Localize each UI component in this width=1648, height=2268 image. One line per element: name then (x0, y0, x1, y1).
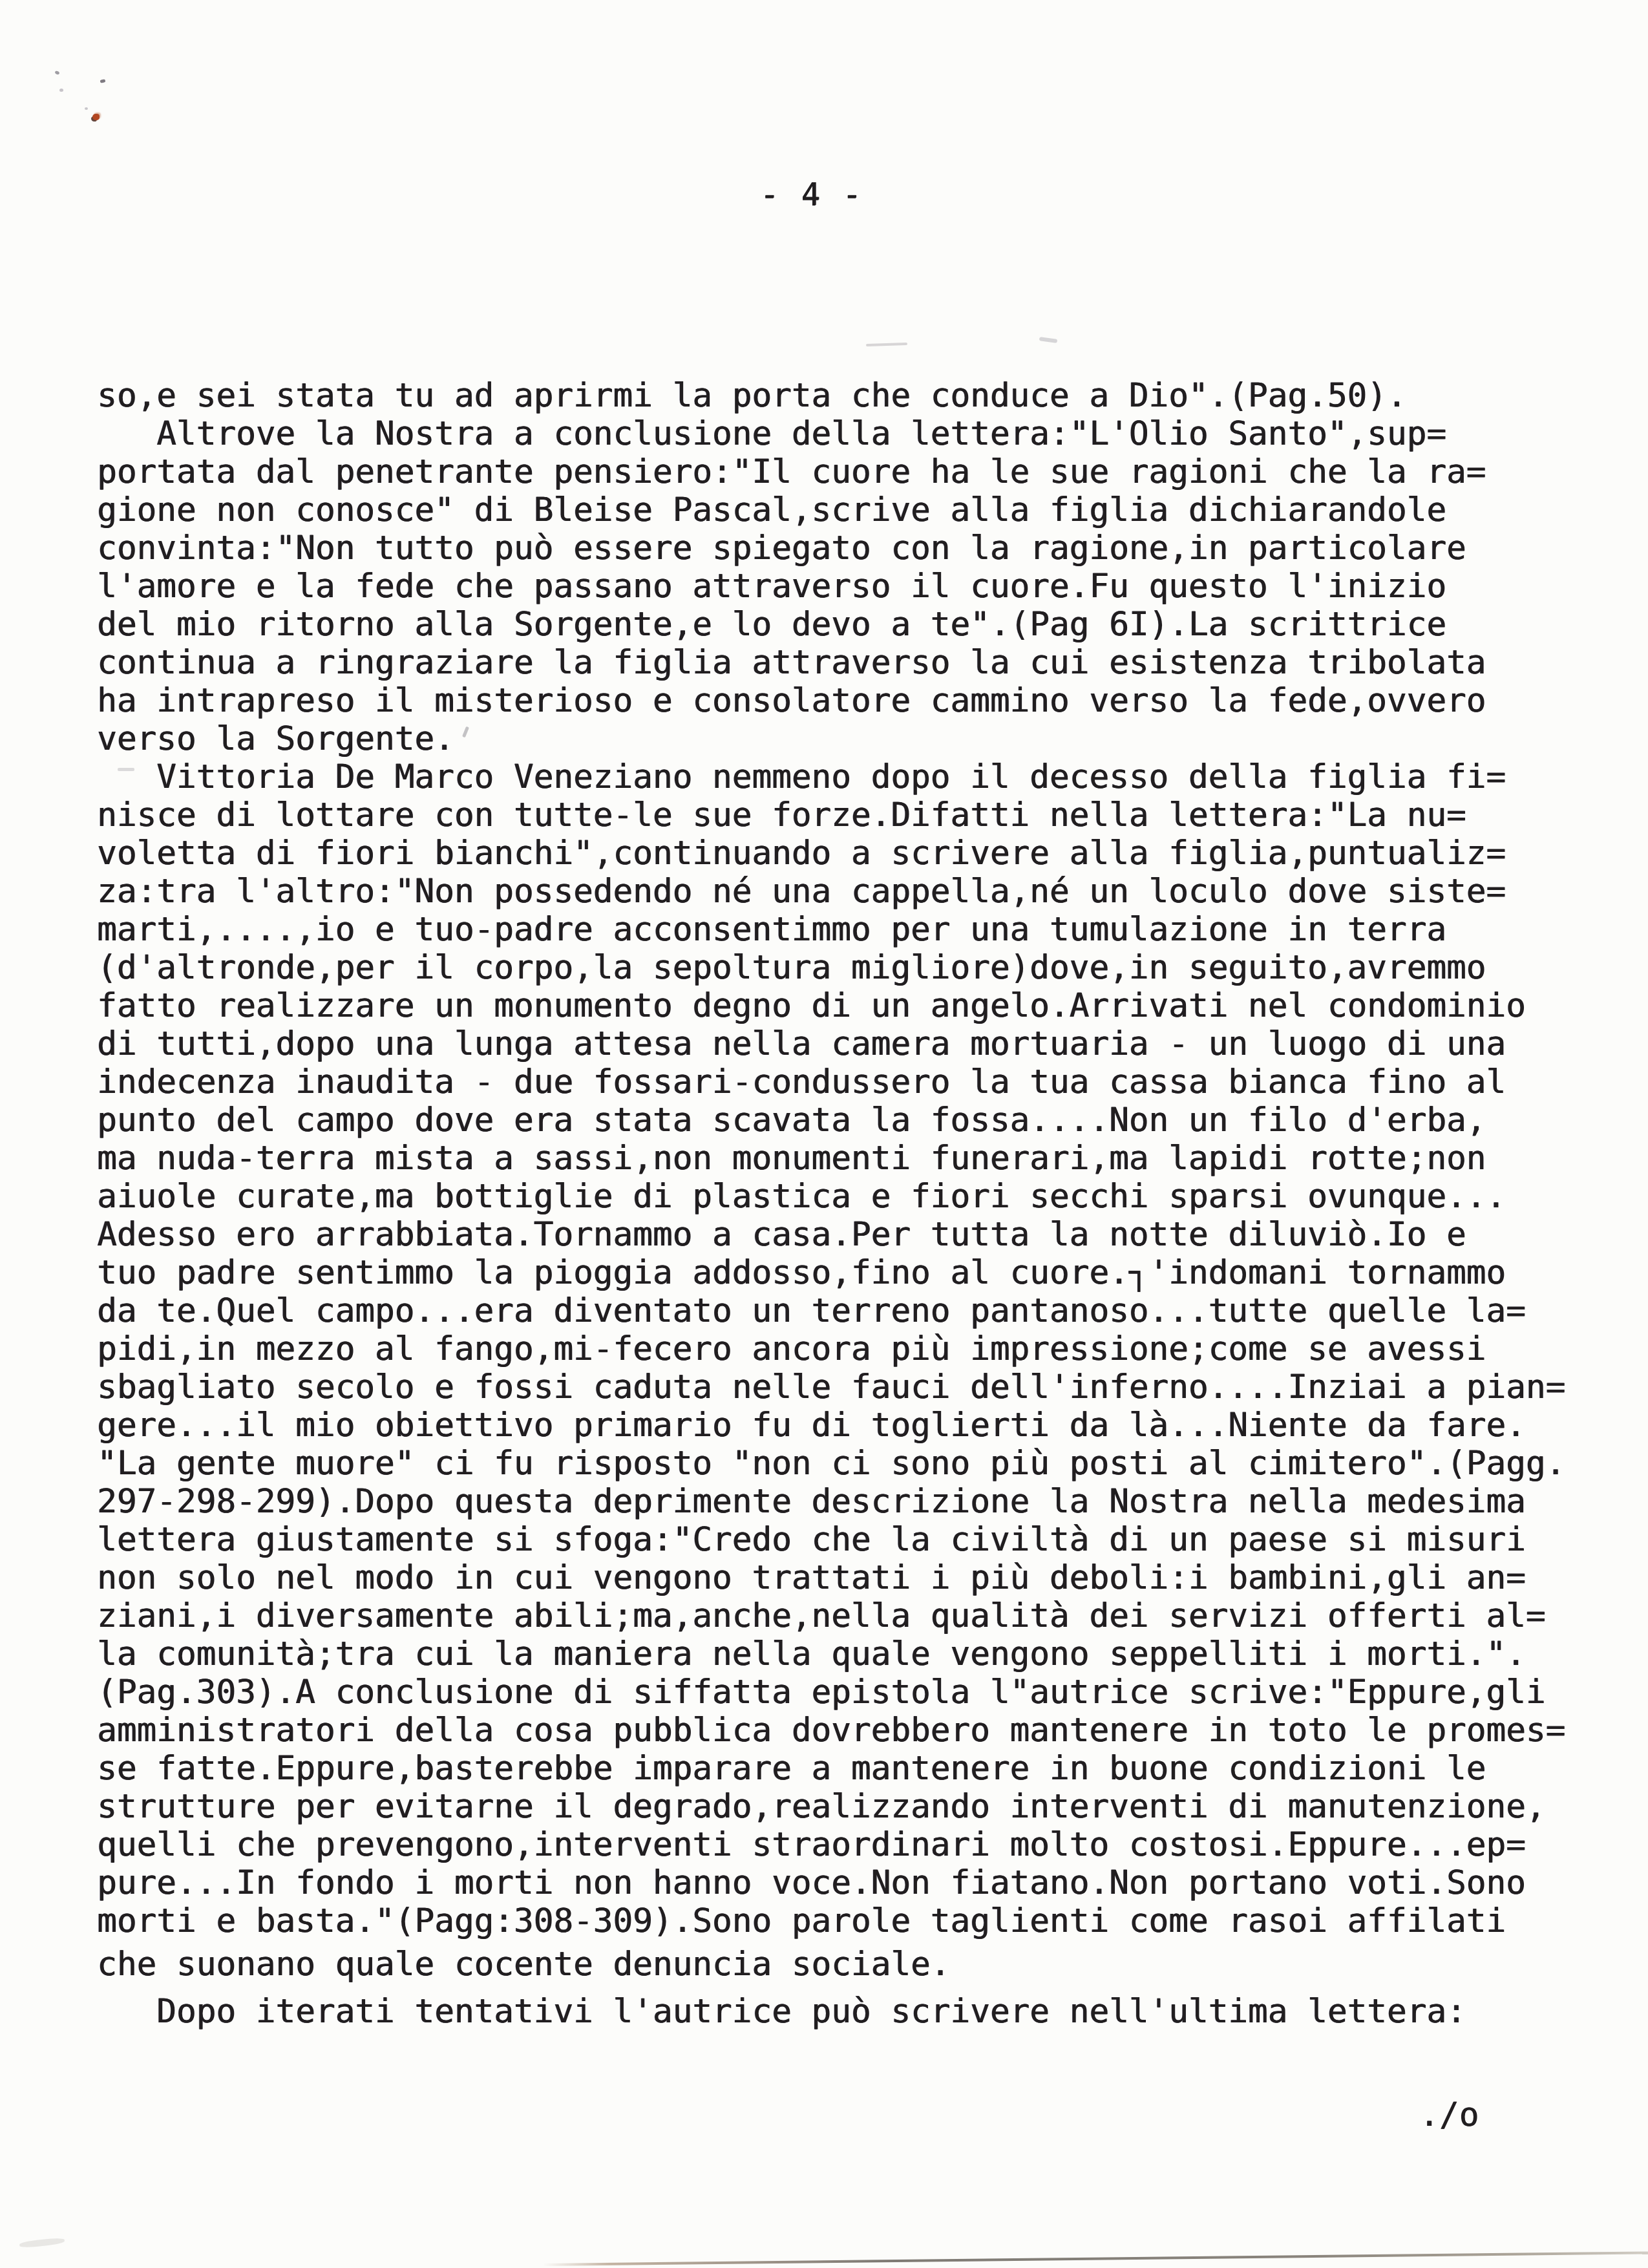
text-line: se fatte.Eppure,basterebbe imparare a ma… (97, 1750, 1565, 1788)
text-line: portata dal penetrante pensiero:"Il cuor… (97, 453, 1565, 491)
pencil-mark (866, 343, 907, 346)
text-line: di tutti,dopo una lunga attesa nella cam… (97, 1025, 1565, 1063)
text-line: da te.Quel campo...era diventato un terr… (97, 1292, 1565, 1330)
text-line: (Pag.303).A conclusione di siffatta epis… (97, 1673, 1565, 1712)
text-line: ziani,i diversamente abili;ma,anche,nell… (97, 1597, 1565, 1635)
text-line: aiuole curate,ma bottiglie di plastica e… (97, 1178, 1565, 1216)
text-line: nisce di lottare con tutte-le sue forze.… (97, 796, 1565, 834)
text-line: voletta di fiori bianchi",continuando a … (97, 834, 1565, 873)
text-line: continua a ringraziare la figlia attrave… (97, 644, 1565, 682)
text-line: pidi,in mezzo al fango,mi-fecero ancora … (97, 1330, 1565, 1368)
text-line: so,e sei stata tu ad aprirmi la porta ch… (97, 377, 1565, 415)
text-line: "La gente muore" ci fu risposto "non ci … (97, 1445, 1565, 1483)
text-line: verso la Sorgente. (97, 720, 1565, 758)
text-line: che suonano quale cocente denuncia socia… (97, 1945, 1565, 1984)
text-line: non solo nel modo in cui vengono trattat… (97, 1559, 1565, 1597)
text-line: quelli che prevengono,interventi straord… (97, 1826, 1565, 1864)
scan-edge-line (543, 2251, 1648, 2266)
text-line: indecenza inaudita - due fossari-conduss… (97, 1063, 1565, 1101)
text-line: amministratori della cosa pubblica dovre… (97, 1712, 1565, 1750)
text-line: (d'altronde,per il corpo,la sepoltura mi… (97, 949, 1565, 987)
text-line: Altrove la Nostra a conclusione della le… (97, 415, 1565, 453)
text-line: convinta:"Non tutto può essere spiegato … (97, 529, 1565, 567)
text-line: marti,....,io e tuo-padre acconsentimmo … (97, 911, 1565, 949)
text-line: gione non conosce" di Bleise Pascal,scri… (97, 491, 1565, 529)
text-line: morti e basta."(Pagg:308-309).Sono parol… (97, 1902, 1565, 1940)
body-text: so,e sei stata tu ad aprirmi la porta ch… (97, 377, 1565, 2031)
document-page: - 4 - so,e sei stata tu ad aprirmi la po… (0, 0, 1648, 2268)
text-line: Vittoria De Marco Veneziano nemmeno dopo… (97, 758, 1565, 796)
text-line: sbagliato secolo e fossi caduta nelle fa… (97, 1368, 1565, 1406)
pencil-mark (1039, 337, 1058, 343)
text-line: punto del campo dove era stata scavata l… (97, 1101, 1565, 1139)
text-line: pure...In fondo i morti non hanno voce.N… (97, 1864, 1565, 1902)
ink-speck (92, 114, 100, 120)
text-line: za:tra l'altro:"Non possedendo né una ca… (97, 873, 1565, 911)
ink-speck (59, 89, 63, 92)
ink-speck (85, 107, 88, 110)
ink-speck (100, 79, 105, 83)
text-line: ma nuda-terra mista a sassi,non monument… (97, 1139, 1565, 1178)
continuation-mark: ./o (1419, 2096, 1479, 2134)
pencil-smudge (19, 2237, 65, 2248)
text-line: Adesso ero arrabbiata.Tornammo a casa.Pe… (97, 1216, 1565, 1254)
text-line: ha intrapreso il misterioso e consolator… (97, 682, 1565, 720)
text-line: gere...il mio obiettivo primario fu di t… (97, 1406, 1565, 1445)
ink-speck (54, 70, 59, 75)
text-line: del mio ritorno alla Sorgente,e lo devo … (97, 606, 1565, 644)
text-line: fatto realizzare un monumento degno di u… (97, 987, 1565, 1025)
text-line: 297-298-299).Dopo questa deprimente desc… (97, 1483, 1565, 1521)
text-line: lettera giustamente si sfoga:"Credo che … (97, 1521, 1565, 1559)
text-line: tuo padre sentimmo la pioggia addosso,fi… (97, 1254, 1565, 1292)
text-line: la comunità;tra cui la maniera nella qua… (97, 1635, 1565, 1673)
text-line: strutture per evitarne il degrado,realiz… (97, 1788, 1565, 1826)
page-number: - 4 - (760, 179, 863, 210)
text-line: Dopo iterati tentativi l'autrice può scr… (97, 1993, 1565, 2031)
text-line: l'amore e la fede che passano attraverso… (97, 567, 1565, 606)
